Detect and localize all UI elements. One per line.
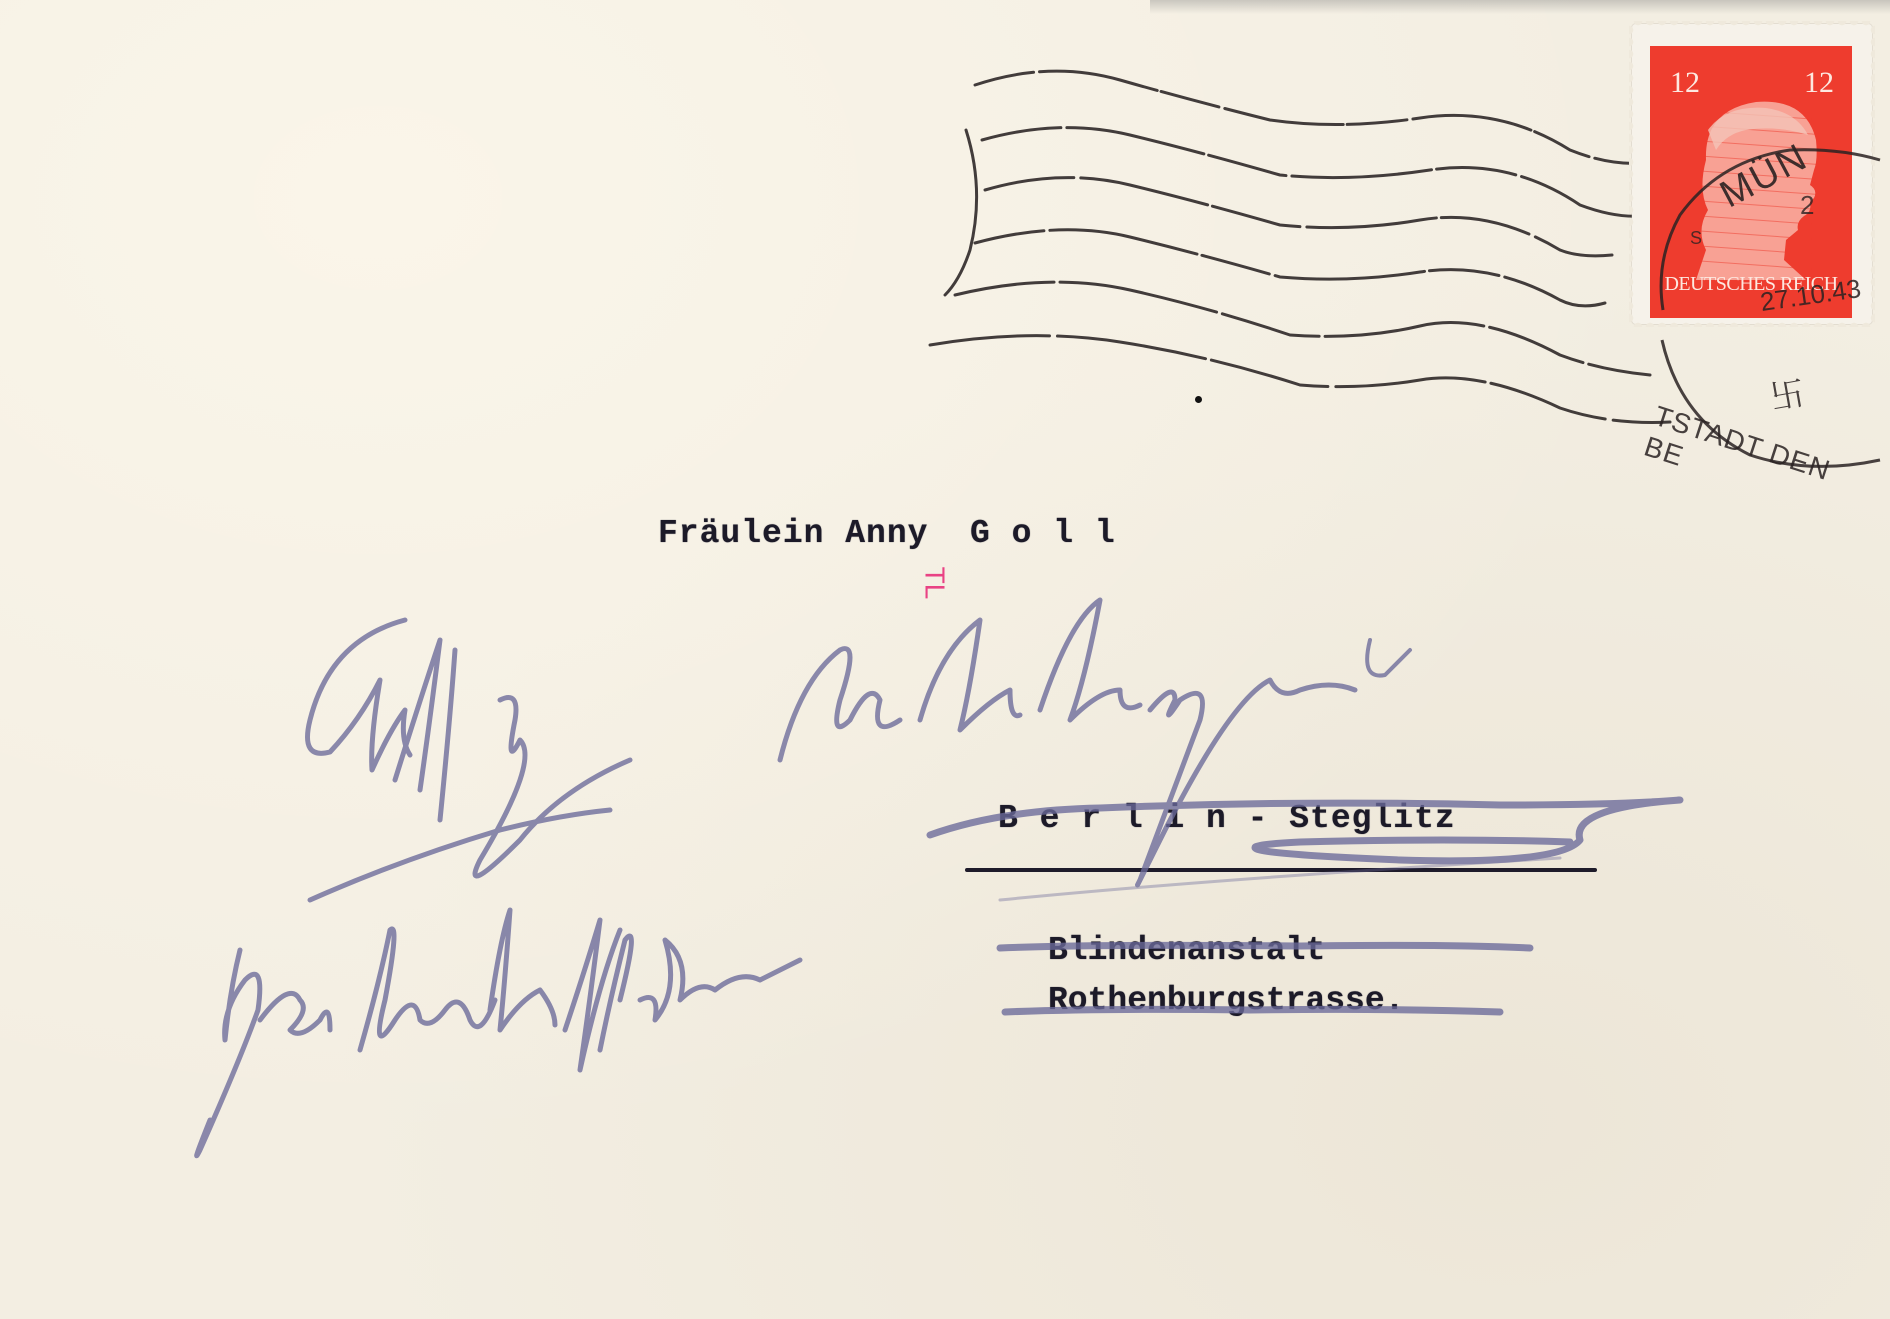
pink-censor-mark: TL (918, 567, 950, 600)
circular-postmark (0, 0, 1890, 480)
addressee-name: Fräulein Anny G o l l (658, 515, 1116, 552)
city-underline (965, 868, 1597, 872)
address-street-line-1: Blindenanstalt (1048, 932, 1325, 969)
envelope: 12 12 DEUTSCHES REICH (0, 0, 1890, 1319)
address-street-line-2: Rothenburgstrasse. (1048, 982, 1404, 1019)
address-city: B e r l i n - Steglitz (998, 800, 1456, 837)
postmark-number: 2 (1800, 190, 1814, 221)
postmark-letter: S (1690, 228, 1702, 249)
